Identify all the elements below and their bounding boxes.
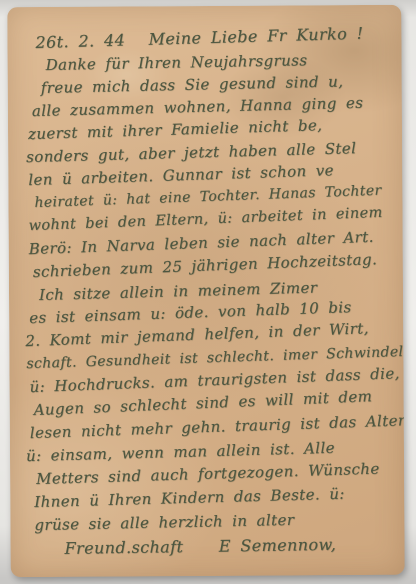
- letter-date: 26t. 2. 44: [35, 30, 125, 52]
- letter-salutation: Meine Liebe Fr Kurko !: [148, 24, 363, 49]
- letter-text: 26t. 2. 44 Meine Liebe Fr Kurko ! Danke …: [19, 29, 400, 560]
- postcard: 26t. 2. 44 Meine Liebe Fr Kurko ! Danke …: [7, 5, 404, 577]
- letter-closing-line: Freund.schaft E Semennow,: [64, 532, 400, 560]
- scan-background: 26t. 2. 44 Meine Liebe Fr Kurko ! Danke …: [0, 0, 416, 584]
- letter-closing: Freund.schaft: [64, 537, 183, 558]
- letter-signature: E Semennow,: [219, 535, 337, 556]
